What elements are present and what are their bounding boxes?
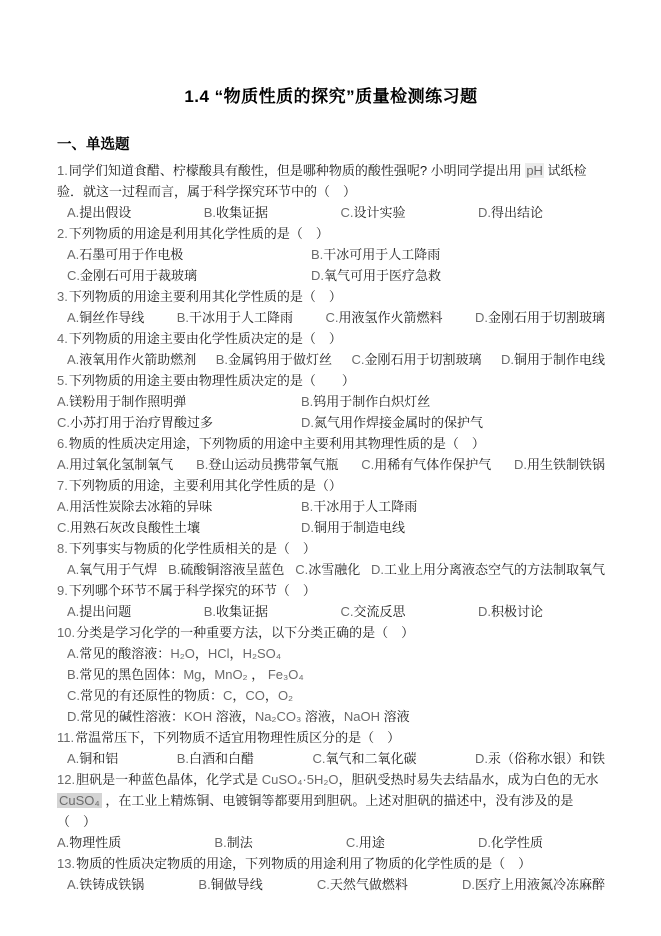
option-row: A.常见的酸溶液：H₂O，HCl，H₂SO₄ [57,643,605,664]
option-item: D.常见的碱性溶液：KOH 溶液，Na₂CO₃ 溶液，NaOH 溶液 [67,706,605,727]
question-number: 10. [57,625,75,640]
latin-text: Fe₃O₄ [268,667,304,682]
option-row: A.用过氧化氢制氧气B.登山运动员携带氧气瓶C.用稀有气体作保护气D.用生铁制铁… [57,454,605,475]
option-row: A.提出假设B.收集证据C.设计实验D.得出结论 [57,202,605,223]
latin-text: H₂SO₄ [243,646,282,661]
option-item: C.设计实验 [341,202,406,223]
option-item: A.液氧用作火箭助燃剂 [67,349,196,370]
option-item: B.制法 [214,832,252,853]
option-item: B.金属钨用于做灯丝 [216,349,332,370]
latin-text: C. [67,268,80,283]
latin-text: D. [478,604,491,619]
question-block: 4.下列物质的用途主要由化学性质决定的是（ ）A.液氧用作火箭助燃剂B.金属钨用… [57,328,605,370]
question-number: 4. [57,331,68,346]
question-stem: 7.下列物质的用途，主要利用其化学性质的是（） [57,475,605,496]
option-item: A.铜和铝 [67,748,118,769]
option-item: B.钨用于制作白炽灯丝 [301,394,430,409]
latin-text: B. [204,205,216,220]
latin-text: B. [204,604,216,619]
latin-text: C. [341,604,354,619]
latin-text: A. [67,352,79,367]
latin-text: D. [475,751,488,766]
option-item: C.冰雪融化 [295,559,360,580]
option-row: A.铜和铝B.白酒和白醋C.氧气和二氧化碳D.汞（俗称水银）和铁 [57,748,605,769]
latin-text: A. [67,604,79,619]
question-stem: 11.常温常压下，下列物质不适宜用物理性质区分的是（ ） [57,727,605,748]
question-block: 2.下列物质的用途是利用其化学性质的是（ ）A.石墨可用于作电极B.干冰可用于人… [57,223,605,286]
option-row: A.氧气用于气焊B.硫酸铜溶液呈蓝色C.冰雪融化D.工业上用分离液态空气的方法制… [57,559,605,580]
latin-text: C [223,688,232,703]
option-item: B.硫酸铜溶液呈蓝色 [168,559,284,580]
question-stem: 1.同学们知道食醋、柠檬酸具有酸性，但是哪种物质的酸性强呢? 小明同学提出用 p… [57,160,605,202]
option-item: A.铜丝作导线 [67,307,144,328]
question-block: 10.分类是学习化学的一种重要方法，以下分类正确的是（ ）A.常见的酸溶液：H₂… [57,622,605,727]
latin-text: CuSO₄ [59,793,100,808]
option-row: A.物理性质B.制法C.用途D.化学性质 [57,832,605,853]
option-item: C.用稀有气体作保护气 [361,454,491,475]
option-item: B.收集证据 [204,202,268,223]
latin-text: A. [57,457,69,472]
latin-text: A. [67,877,79,892]
latin-text: C. [352,352,365,367]
option-row: A.石墨可用于作电极B.干冰可用于人工降雨 [57,244,605,265]
section-header: 一、单选题 [57,135,605,155]
option-item: B.登山运动员携带氧气瓶 [196,454,338,475]
option-row: A.提出问题B.收集证据C.交流反思D.积极讨论 [57,601,605,622]
option-item: C.金刚石用于切割玻璃 [352,349,482,370]
option-row: C.金刚石可用于裁玻璃D.氧气可用于医疗急救 [57,265,605,286]
option-row: C.用熟石灰改良酸性土壤D.铜用于制造电线 [57,517,605,538]
option-item: C.常见的有还原性的物质：C，CO，O₂ [67,685,605,706]
latin-text: CuSO₄·5H₂O [262,772,339,787]
option-row: B.常见的黑色固体：Mg，MnO₂ ， Fe₃O₄ [57,664,605,685]
option-item: A.用活性炭除去冰箱的异味 [57,496,301,517]
latin-text: A. [67,562,79,577]
option-item: B.干冰用于人工降雨 [301,499,417,514]
option-item: D.用生铁制铁锅 [514,454,605,475]
question-number: 3. [57,289,68,304]
latin-text: MnO₂ [214,667,247,682]
question-block: 13.物质的性质决定物质的用途，下列物质的用途利用了物质的化学性质的是（ ）A.… [57,853,605,895]
question-number: 2. [57,226,68,241]
latin-text: B. [301,499,313,514]
option-item: D.得出结论 [478,202,543,223]
option-item: B.铜做导线 [198,874,262,895]
option-item: D.铜用于制造电线 [301,520,405,535]
question-block: 7.下列物质的用途，主要利用其化学性质的是（）A.用活性炭除去冰箱的异味B.干冰… [57,475,605,538]
latin-text: C. [67,688,80,703]
latin-text: A. [67,751,79,766]
latin-text: D. [475,310,488,325]
latin-text: B. [67,667,79,682]
latin-text: A. [67,310,79,325]
latin-text: D. [462,877,475,892]
option-item: B.收集证据 [204,601,268,622]
latin-text: A. [67,205,79,220]
option-row: A.铁铸成铁锅B.铜做导线C.天然气做燃料D.医疗上用液氮冷冻麻醉 [57,874,605,895]
document-page: 1.4 “物质性质的探究”质量检测练习题 一、单选题 1.同学们知道食醋、柠檬酸… [0,0,661,895]
option-item: C.金刚石可用于裁玻璃 [67,265,311,286]
question-number: 6. [57,436,68,451]
question-block: 9.下列哪个环节不属于科学探究的环节（ ）A.提出问题B.收集证据C.交流反思D… [57,580,605,622]
question-number: 5. [57,373,68,388]
question-stem: 12.胆矾是一种蓝色晶体，化学式是 CuSO₄·5H₂O，胆矾受热时易失去结晶水… [57,769,605,832]
latin-text: HCl [208,646,230,661]
question-block: 12.胆矾是一种蓝色晶体，化学式是 CuSO₄·5H₂O，胆矾受热时易失去结晶水… [57,769,605,853]
option-item: D.氧气可用于医疗急救 [311,268,441,283]
latin-text: C. [57,415,70,430]
option-item: A.石墨可用于作电极 [67,244,311,265]
question-stem: 5.下列物质的用途主要由物理性质决定的是（ ） [57,370,605,391]
latin-text: A. [67,247,79,262]
latin-text: B. [196,457,208,472]
question-number: 11. [57,730,74,745]
latin-text: Na₂CO₃ [255,709,301,724]
question-stem: 6.物质的性质决定用途，下列物质的用途中主要利用其物理性质的是（ ） [57,433,605,454]
option-item: D.积极讨论 [478,601,543,622]
option-item: D.汞（俗称水银）和铁 [475,748,605,769]
latin-text: B. [177,751,189,766]
latin-text: D. [478,835,491,850]
option-row: A.镁粉用于制作照明弹B.钨用于制作白炽灯丝 [57,391,605,412]
latin-text: C. [57,520,70,535]
latin-text: C. [341,205,354,220]
latin-text: D. [301,415,314,430]
option-item: A.镁粉用于制作照明弹 [57,391,301,412]
option-row: C.小苏打用于治疗胃酸过多D.氮气用作焊接金属时的保护气 [57,412,605,433]
formula-highlight: pH [525,163,544,178]
option-row: A.液氧用作火箭助燃剂B.金属钨用于做灯丝C.金刚石用于切割玻璃D.铜用于制作电… [57,349,605,370]
question-stem: 8.下列事实与物质的化学性质相关的是（ ） [57,538,605,559]
option-item: C.天然气做燃料 [317,874,408,895]
option-item: A.提出问题 [67,601,131,622]
latin-text: D. [311,268,324,283]
question-stem: 13.物质的性质决定物质的用途，下列物质的用途利用了物质的化学性质的是（ ） [57,853,605,874]
latin-text: NaOH [344,709,380,724]
option-row: C.常见的有还原性的物质：C，CO，O₂ [57,685,605,706]
question-stem: 2.下列物质的用途是利用其化学性质的是（ ） [57,223,605,244]
latin-text: D. [301,520,314,535]
question-number: 8. [57,541,68,556]
latin-text: A. [57,499,69,514]
latin-text: C. [313,751,326,766]
question-number: 9. [57,583,68,598]
latin-text: D. [501,352,514,367]
question-stem: 3.下列物质的用途主要利用其化学性质的是（ ） [57,286,605,307]
option-item: A.用过氧化氢制氧气 [57,454,173,475]
question-stem: 10.分类是学习化学的一种重要方法，以下分类正确的是（ ） [57,622,605,643]
option-item: A.铁铸成铁锅 [67,874,144,895]
option-item: D.氮气用作焊接金属时的保护气 [301,415,483,430]
option-item: C.用熟石灰改良酸性土壤 [57,517,301,538]
option-item: C.用途 [346,832,385,853]
latin-text: D. [514,457,527,472]
latin-text: Mg [183,667,201,682]
latin-text: A. [57,394,69,409]
latin-text: H₂O [170,646,195,661]
latin-text: B. [177,310,189,325]
question-block: 3.下列物质的用途主要利用其化学性质的是（ ）A.铜丝作导线B.干冰用于人工降雨… [57,286,605,328]
latin-text: D. [478,205,491,220]
latin-text: B. [214,835,226,850]
question-stem: 4.下列物质的用途主要由化学性质决定的是（ ） [57,328,605,349]
option-item: C.用液氢作火箭燃料 [326,307,443,328]
latin-text: D. [67,709,80,724]
question-number: 13. [57,856,75,871]
latin-text: CO [245,688,265,703]
latin-text: B. [168,562,180,577]
option-item: D.化学性质 [478,832,543,853]
question-block: 1.同学们知道食醋、柠檬酸具有酸性，但是哪种物质的酸性强呢? 小明同学提出用 p… [57,160,605,223]
latin-text: C. [317,877,330,892]
option-item: C.氧气和二氧化碳 [313,748,417,769]
latin-text: pH [526,163,543,178]
question-block: 6.物质的性质决定用途，下列物质的用途中主要利用其物理性质的是（ ）A.用过氧化… [57,433,605,475]
latin-text: KOH [184,709,212,724]
option-item: A.氧气用于气焊 [67,559,157,580]
latin-text: C. [326,310,339,325]
option-item: D.工业上用分离液态空气的方法制取氧气 [371,559,605,580]
page-title: 1.4 “物质性质的探究”质量检测练习题 [57,86,605,108]
option-item: A.常见的酸溶液：H₂O，HCl，H₂SO₄ [67,643,605,664]
latin-text: O₂ [278,688,293,703]
question-block: 11.常温常压下，下列物质不适宜用物理性质区分的是（ ）A.铜和铝B.白酒和白醋… [57,727,605,769]
option-item: B.白酒和白醋 [177,748,254,769]
latin-text: A. [67,646,79,661]
option-row: D.常见的碱性溶液：KOH 溶液，Na₂CO₃ 溶液，NaOH 溶液 [57,706,605,727]
option-item: B.常见的黑色固体：Mg，MnO₂ ， Fe₃O₄ [67,664,605,685]
question-number: 1. [57,163,68,178]
latin-text: B. [301,394,313,409]
option-item: D.金刚石用于切割玻璃 [475,307,605,328]
option-item: B.干冰用于人工降雨 [177,307,293,328]
latin-text: B. [198,877,210,892]
option-row: A.铜丝作导线B.干冰用于人工降雨C.用液氢作火箭燃料D.金刚石用于切割玻璃 [57,307,605,328]
latin-text: C. [346,835,359,850]
question-number: 12. [57,772,75,787]
formula-highlight: CuSO₄ [57,793,102,808]
option-item: D.医疗上用液氮冷冻麻醉 [462,874,605,895]
option-item: A.物理性质 [57,832,121,853]
option-item: A.提出假设 [67,202,131,223]
option-row: A.用活性炭除去冰箱的异味B.干冰用于人工降雨 [57,496,605,517]
option-item: D.铜用于制作电线 [501,349,605,370]
latin-text: B. [311,247,323,262]
latin-text: C. [295,562,308,577]
question-number: 7. [57,478,68,493]
latin-text: D. [371,562,384,577]
option-item: C.小苏打用于治疗胃酸过多 [57,412,301,433]
question-stem: 9.下列哪个环节不属于科学探究的环节（ ） [57,580,605,601]
latin-text: A. [57,835,69,850]
option-item: C.交流反思 [341,601,406,622]
question-block: 8.下列事实与物质的化学性质相关的是（ ）A.氧气用于气焊B.硫酸铜溶液呈蓝色C… [57,538,605,580]
question-list: 1.同学们知道食醋、柠檬酸具有酸性，但是哪种物质的酸性强呢? 小明同学提出用 p… [57,160,605,895]
option-item: B.干冰可用于人工降雨 [311,247,440,262]
latin-text: C. [361,457,374,472]
question-block: 5.下列物质的用途主要由物理性质决定的是（ ）A.镁粉用于制作照明弹B.钨用于制… [57,370,605,433]
latin-text: B. [216,352,228,367]
